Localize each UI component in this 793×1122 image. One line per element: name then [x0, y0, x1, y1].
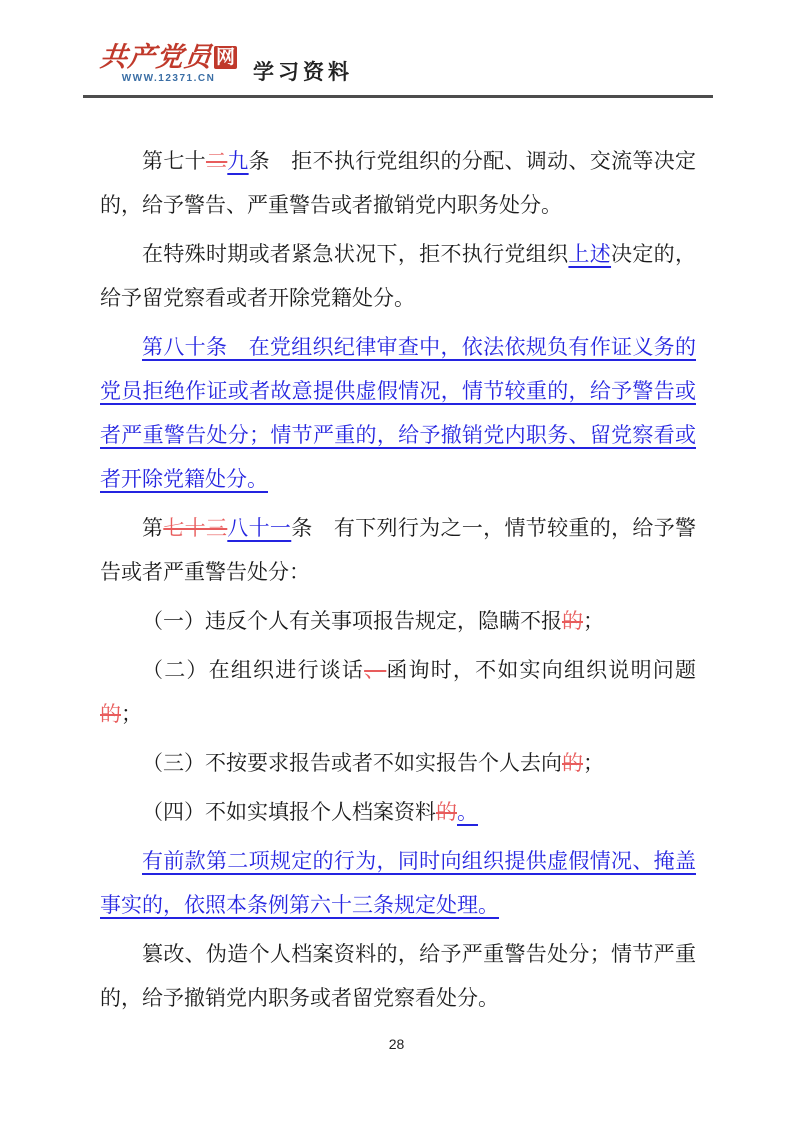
text-run-normal: 第	[142, 516, 163, 540]
text-run-deleted: 二	[206, 149, 227, 173]
text-run-inserted: 第八十条 在党组织纪律审查中，依法依规负有作证义务的党员拒绝作证或者故意提供虚假…	[100, 335, 696, 491]
clause-81-inserted-provision: 有前款第二项规定的行为，同时向组织提供虚假情况、掩盖事实的，依照本条例第六十三条…	[100, 839, 696, 927]
clause-81-item-4: （四）不如实填报个人档案资料的。	[100, 790, 696, 834]
clause-81-intro: 第七十三八十一条 有下列行为之一，情节较重的，给予警告或者严重警告处分：	[100, 506, 696, 594]
text-run-deleted: 、	[364, 658, 386, 682]
text-run-normal: ；	[583, 609, 604, 633]
clause-81-item-2: （二）在组织进行谈话、函询时，不如实向组织说明问题的；	[100, 648, 696, 736]
text-run-inserted: 。	[457, 800, 478, 824]
header-subtitle: 学习资料	[253, 56, 353, 86]
text-run-inserted: 九	[227, 149, 248, 173]
clause-79-special-period: 在特殊时期或者紧急状况下，拒不执行党组织上述决定的，给予留党察看或者开除党籍处分…	[100, 232, 696, 320]
logo-calligraphy-text: 共产党员	[99, 44, 214, 71]
text-run-deleted: 的	[436, 800, 457, 824]
text-run-normal: 函询时，不如实向组织说明问题	[386, 658, 696, 682]
page-number: 28	[389, 1036, 405, 1052]
text-run-normal: （四）不如实填报个人档案资料	[142, 800, 436, 824]
text-run-normal: 在特殊时期或者紧急状况下，拒不执行党组织	[142, 242, 568, 266]
clause-81-item-3: （三）不按要求报告或者不如实报告个人去向的；	[100, 741, 696, 785]
logo-wordmark: 共产党员 网	[100, 44, 237, 71]
text-run-inserted: 八十一	[227, 516, 291, 540]
text-run-deleted: 的	[562, 609, 583, 633]
document-page: 共产党员 网 WWW.12371.CN 学习资料 第七十二九条 拒不执行党组织的…	[0, 0, 793, 1122]
text-run-normal: ；	[583, 751, 604, 775]
text-run-inserted: 有前款第二项规定的行为，同时向组织提供虚假情况、掩盖事实的，依照本条例第六十三条…	[100, 849, 696, 917]
logo-net-badge: 网	[214, 46, 237, 69]
page-header: 共产党员 网 WWW.12371.CN 学习资料	[100, 44, 713, 86]
logo-url-text: WWW.12371.CN	[122, 74, 216, 84]
clause-81-item-1: （一）违反个人有关事项报告规定，隐瞒不报的；	[100, 599, 696, 643]
clause-81-falsify-archives: 篡改、伪造个人档案资料的，给予严重警告处分；情节严重的，给予撤销党内职务或者留党…	[100, 932, 696, 1020]
text-run-deleted: 的	[562, 751, 583, 775]
text-run-normal: ；	[121, 702, 142, 726]
text-run-inserted: 上述	[568, 242, 611, 266]
text-run-normal: 篡改、伪造个人档案资料的，给予严重警告处分；情节严重的，给予撤销党内职务或者留党…	[100, 942, 696, 1010]
text-run-normal: （一）违反个人有关事项报告规定，隐瞒不报	[142, 609, 562, 633]
text-run-normal: （三）不按要求报告或者不如实报告个人去向	[142, 751, 562, 775]
clause-79: 第七十二九条 拒不执行党组织的分配、调动、交流等决定的，给予警告、严重警告或者撤…	[100, 139, 696, 227]
text-run-normal: （二）在组织进行谈话	[142, 658, 364, 682]
site-logo: 共产党员 网 WWW.12371.CN	[100, 44, 237, 84]
text-run-deleted: 七十三	[163, 516, 227, 540]
header-divider-rule	[83, 95, 713, 98]
text-run-normal: 第七十	[142, 149, 206, 173]
clause-80-inserted: 第八十条 在党组织纪律审查中，依法依规负有作证义务的党员拒绝作证或者故意提供虚假…	[100, 325, 696, 501]
page-footer: 28	[0, 1036, 793, 1052]
document-body: 第七十二九条 拒不执行党组织的分配、调动、交流等决定的，给予警告、严重警告或者撤…	[100, 139, 696, 1025]
text-run-deleted: 的	[100, 702, 121, 726]
